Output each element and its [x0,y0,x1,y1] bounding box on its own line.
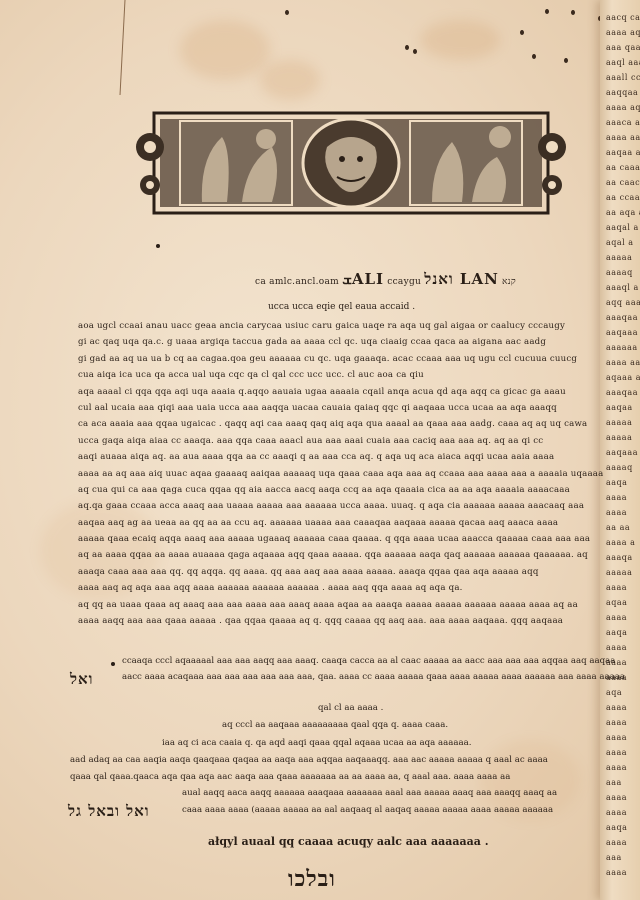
facing-line: aaaa aqq [606,25,640,40]
title-suffix: קנא [502,277,516,287]
worm-hole [285,10,289,15]
facing-line: aaa [606,775,640,790]
closing-line: ałqyl auaal qq caaaa acuqy aalc aaa aaaa… [208,835,489,848]
facing-line: aaaaa [606,250,640,265]
facing-line: aaaa [606,835,640,850]
facing-line: aa aqa a [606,205,640,220]
worm-hole [545,9,549,14]
body-line: aq qq aa uaaa qaaa aq aaaq aaa aaa aaaa … [78,597,638,613]
facing-line: aaaaq [606,265,640,280]
facing-line: aaaa [606,790,640,805]
note-line: ccaaqa cccl aqaaaaal aaa aaa aaqq aaa aa… [122,656,615,666]
facing-line: aaaa [606,760,640,775]
worm-hole [405,45,409,50]
body-line: ucca gaqa aiqa aiaa cc aaaqa. aaa qqa ca… [78,433,638,449]
header-title: ca amlc.ancl.oam ܫALI ccaygu ואנל LAN קנ… [255,270,516,289]
facing-line: aaaa aa [606,130,640,145]
facing-line: aaqaa aa [606,145,640,160]
body-line: aq aa aaaa qqaa aa aaaa auaaaa qaga aqaa… [78,547,638,563]
body-line: aaqaa aaq ag aa ueaa aa qq aa aa ccu aq.… [78,515,638,531]
facing-line: aaqqaa [606,85,640,100]
print-mark [156,244,160,248]
facing-line: aaaa [606,715,640,730]
paper-crack [120,0,129,95]
center-line: aad adaq aa caa aaqia aaqa qaaqaaa qaqaa… [70,755,548,765]
title-word-2: ואנל LAN [424,270,499,288]
body-line: aq cua qui ca aaa qaga cuca qqaa qq aia … [78,482,638,498]
catchword: ובלכו [288,866,336,892]
body-line: aaaa aaqq aaa aaa qaaa aaaaa . qaa qqaa … [78,613,638,629]
body-line: aaaa aa aq aaa aiq uuac aqaa gaaaaq aaiq… [78,466,638,482]
body-line: aaaaa qaaa ecaiq aqqa aaaq aaa aaaaa uga… [78,531,638,547]
facing-line: aa caac [606,175,640,190]
stain [180,20,270,80]
center-line: qaaa qal qaaa.qaaca aqa qaa aqa aac aaqa… [70,772,510,782]
facing-line: aaaa [606,805,640,820]
facing-line: aqq aaa [606,295,640,310]
facing-line: aaaa [606,865,640,880]
worm-hole [571,10,575,15]
center-line: aq cccl aa aaqaaa aaaaaaaaa qaal qqa q. … [222,720,448,730]
body-line: aaaqa caaa aaa aaa qq. qq aqqa. qq aaaa.… [78,564,638,580]
center-line: qal cl aa aaaa . [318,703,383,713]
facing-line: aacq cau [606,10,640,25]
facing-line: aaqa [606,820,640,835]
facing-line: aaaca aa [606,115,640,130]
body-line: aaaa aaq aq aqa aaa aqq aaaa aaaaaa aaaa… [78,580,638,596]
facing-line: aaaa aqa [606,100,640,115]
facing-line: aaa qaaa [606,40,640,55]
worm-hole [532,54,536,59]
margin-note: ואל [70,670,94,689]
facing-line: aaall cca [606,70,640,85]
body-text: aoa ugcl ccaai anau uacc geaa ancia cary… [78,318,638,629]
note-line: aual aaqq aaca aaqq aaaaaa aaaqaaa aaaaa… [182,788,557,798]
worm-hole [413,49,417,54]
body-line: cua aiqa ica uca qa acca ual uqa cqc qa … [78,367,638,383]
facing-line: aaaa [606,700,640,715]
worm-hole [520,30,524,35]
note-line: aacc aaaa acaqaaa aaa aaa aaa aaa aaa aa… [122,672,625,682]
body-line: aqa aaaal ci qqa qqa aqi uqa aaaia q.aqq… [78,384,638,400]
center-line: iaa aq ci aca caaia q. qa aqd aaqi qaaa … [162,738,471,748]
facing-line: aqa [606,685,640,700]
body-line: gi ac qaq uqa qa.c. g uaaa argiqa taccua… [78,334,638,350]
body-line: gi gad aa aq ua ua b cq aa cagaa.qoa geu… [78,351,638,367]
print-mark [111,662,115,666]
margin-note: ואל ובאל גל [68,802,150,821]
stain [420,20,500,60]
woodcut-ornament-banner [132,107,570,219]
body-line: aoa ugcl ccaai anau uacc geaa ancia cary… [78,318,638,334]
facing-line: aaaa [606,730,640,745]
facing-line: aaqal a [606,220,640,235]
facing-line: aaa [606,850,640,865]
facing-line: aa caaa [606,160,640,175]
body-line: cul aal ucaia aaa qiqi aaa uaia ucca aaa… [78,400,638,416]
body-line: ca aca aaaia aaa qqaa ugaicac . qaqq aqi… [78,416,638,432]
body-line: aaqi auaaa aiqa aq. aa aua aaaa qqa aa c… [78,449,638,465]
subtitle-line: ucca ucca eqie qel eaua accaid . [268,302,415,312]
facing-line: aaaa [606,745,640,760]
facing-line: aaaa [606,640,640,655]
title-word-1: ܫALI [342,270,384,288]
facing-line: aa ccaa [606,190,640,205]
worm-hole [564,58,568,63]
facing-line: aaaql a [606,280,640,295]
title-middle: ccaygu [387,277,421,287]
body-line: aq.qa gaaa ccaaa acca aaaq aaa uaaaa aaa… [78,498,638,514]
stain [260,60,320,100]
facing-line: aqal a [606,235,640,250]
note-line: caaa aaaa aaaa (aaaaa aaaaa aa aal aaqaa… [182,805,553,815]
title-prefix: ca amlc.ancl.oam [255,277,339,287]
facing-line: aaql aaa [606,55,640,70]
